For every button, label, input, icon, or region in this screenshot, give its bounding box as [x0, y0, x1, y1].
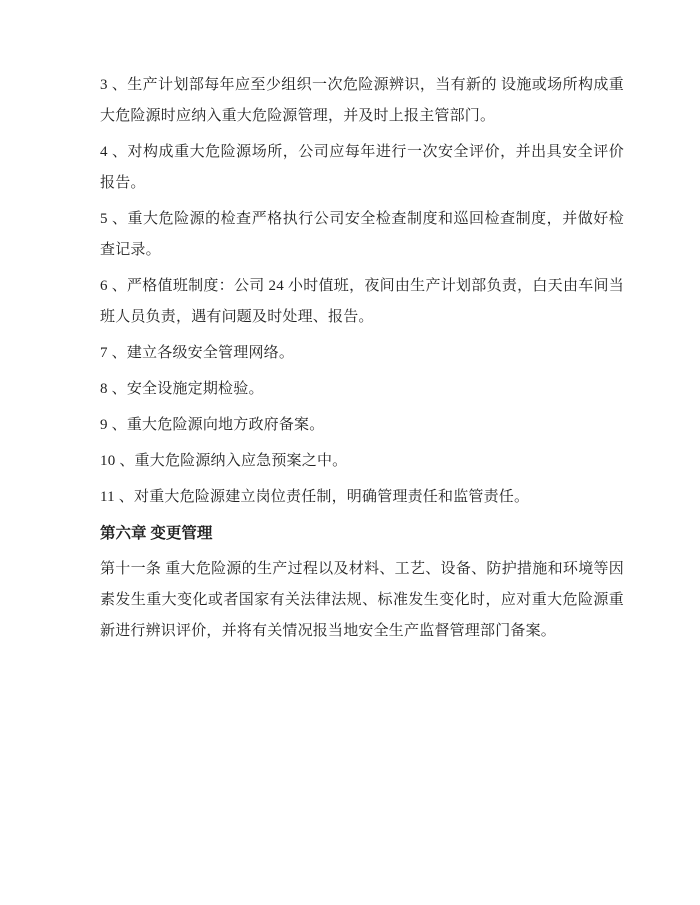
list-item-9: 9 、重大危险源向地方政府备案。 [100, 410, 624, 441]
list-item-11: 11 、对重大危险源建立岗位责任制，明确管理责任和监管责任。 [100, 482, 624, 513]
list-item-8: 8 、安全设施定期检验。 [100, 374, 624, 405]
document-content: 3 、生产计划部每年应至少组织一次危险源辨识，当有新的 设施或场所构成重大危险源… [100, 70, 624, 652]
list-item-4: 4 、对构成重大危险源场所，公司应每年进行一次安全评价，并出具安全评价报告。 [100, 137, 624, 199]
list-item-7: 7 、建立各级安全管理网络。 [100, 338, 624, 369]
article-paragraph: 第十一条 重大危险源的生产过程以及材料、工艺、设备、防护措施和环境等因素发生重大… [100, 554, 624, 647]
list-item-10: 10 、重大危险源纳入应急预案之中。 [100, 446, 624, 477]
list-item-5: 5 、重大危险源的检查严格执行公司安全检查制度和巡回检查制度，并做好检查记录。 [100, 204, 624, 266]
chapter-heading: 第六章 变更管理 [100, 518, 624, 549]
document-page: 3 、生产计划部每年应至少组织一次危险源辨识，当有新的 设施或场所构成重大危险源… [0, 0, 700, 905]
list-item-6: 6 、严格值班制度：公司 24 小时值班，夜间由生产计划部负责，白天由车间当班人… [100, 271, 624, 333]
list-item-3: 3 、生产计划部每年应至少组织一次危险源辨识，当有新的 设施或场所构成重大危险源… [100, 70, 624, 132]
